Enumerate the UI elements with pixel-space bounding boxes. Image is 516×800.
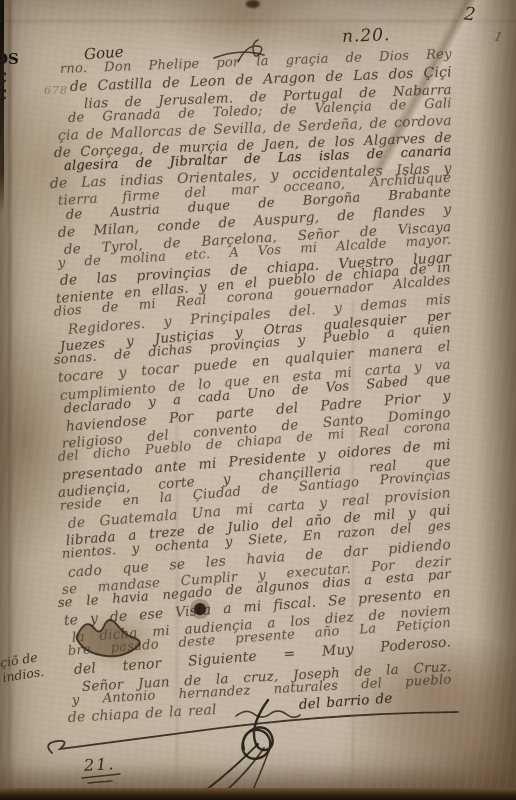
spine-letter: C <box>0 86 7 104</box>
spine-letter: DS <box>0 50 19 68</box>
spine-letter: C <box>0 69 7 87</box>
archive-number: 678 <box>44 84 68 97</box>
folio-number: 2 <box>463 3 477 25</box>
page-number: 21. <box>84 754 116 775</box>
manuscript-photo: Goue n.20. 2 1 678 DS C C rno. Don Pheli… <box>0 0 516 800</box>
document-number: n.20. <box>342 25 391 47</box>
